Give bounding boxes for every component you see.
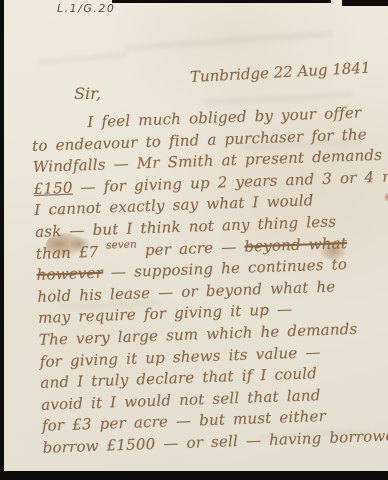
letter-body: I feel much obliged by your offer to end… — [31, 102, 388, 460]
scan-border-top — [112, 0, 331, 3]
underlined-amount: £150 — [33, 178, 73, 197]
scan-border-left — [0, 0, 4, 480]
dateline: Tunbridge 22 Aug 1841 — [190, 59, 371, 86]
letter-line-text: per acre — — [144, 237, 244, 258]
letter-scan: L.1/G.20 Tunbridge 22 Aug 1841 Sir, I fe… — [0, 0, 388, 480]
paper: L.1/G.20 Tunbridge 22 Aug 1841 Sir, I fe… — [4, 0, 388, 480]
ink-stain — [70, 236, 90, 252]
scan-border-bottom — [0, 471, 388, 480]
ink-stain — [320, 241, 346, 261]
ink-stain — [384, 192, 388, 202]
scan-border-top-right — [342, 0, 388, 6]
inserted-word: seven — [106, 238, 137, 251]
show-through-mark — [38, 52, 128, 65]
archive-reference: L.1/G.20 — [57, 2, 115, 15]
show-through-mark — [124, 31, 334, 52]
salutation: Sir, — [74, 84, 101, 103]
struck-text: however — [36, 264, 103, 284]
